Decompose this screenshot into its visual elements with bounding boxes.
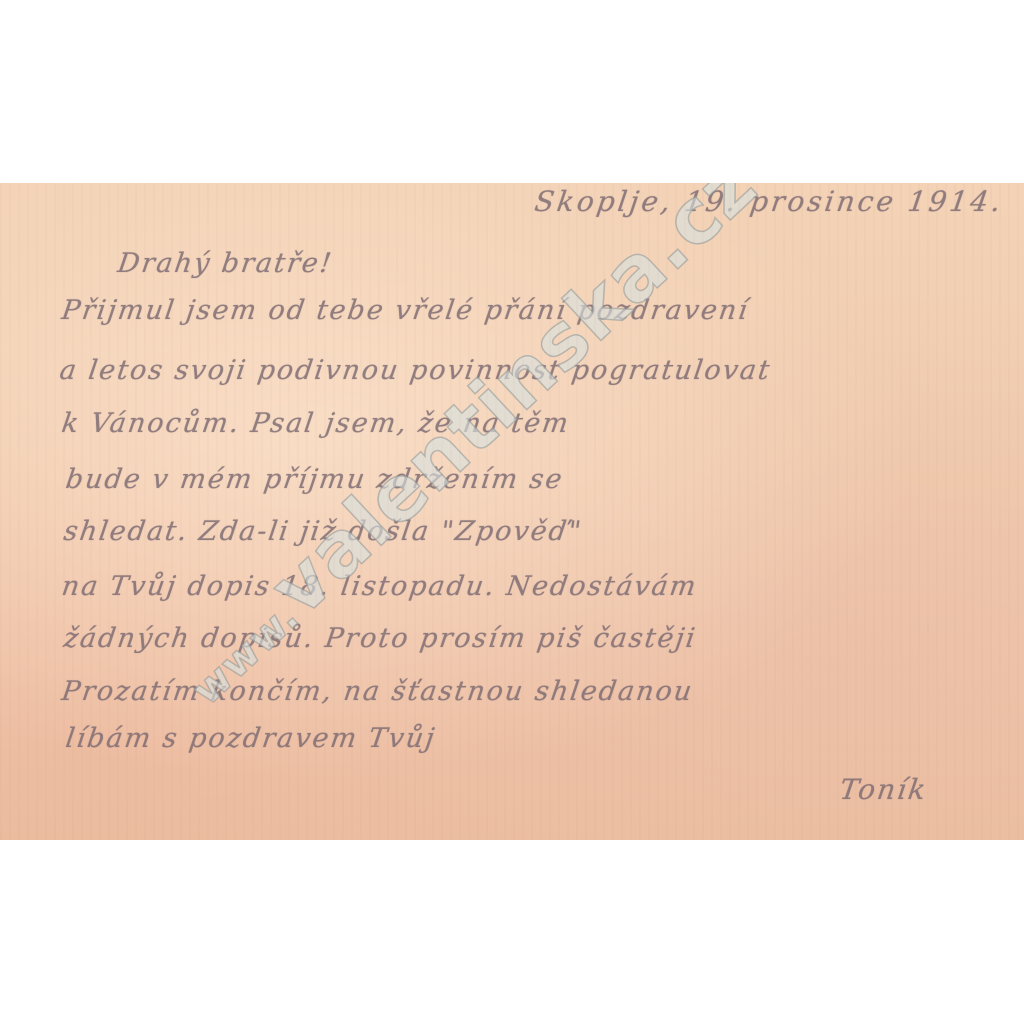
body-line: líbám s pozdravem Tvůj (64, 723, 438, 754)
signature: Toník (838, 773, 930, 806)
body-line: na Tvůj dopis 18. listopadu. Nedostávám (60, 571, 700, 602)
postcard-paper: Skoplje, 19. prosince 1914. Drahý bratře… (0, 183, 1024, 840)
body-line: bude v mém příjmu zdržením se (64, 464, 566, 495)
body-line: Prozatím končím, na šťastnou shledanou (60, 676, 696, 707)
greeting: Drahý bratře! (116, 248, 335, 279)
body-line: žádných dopisů. Proto prosím piš častěji (62, 623, 699, 654)
page: Skoplje, 19. prosince 1914. Drahý bratře… (0, 0, 1024, 1024)
body-line: a letos svoji podivnou povinnost pogratu… (58, 355, 773, 386)
